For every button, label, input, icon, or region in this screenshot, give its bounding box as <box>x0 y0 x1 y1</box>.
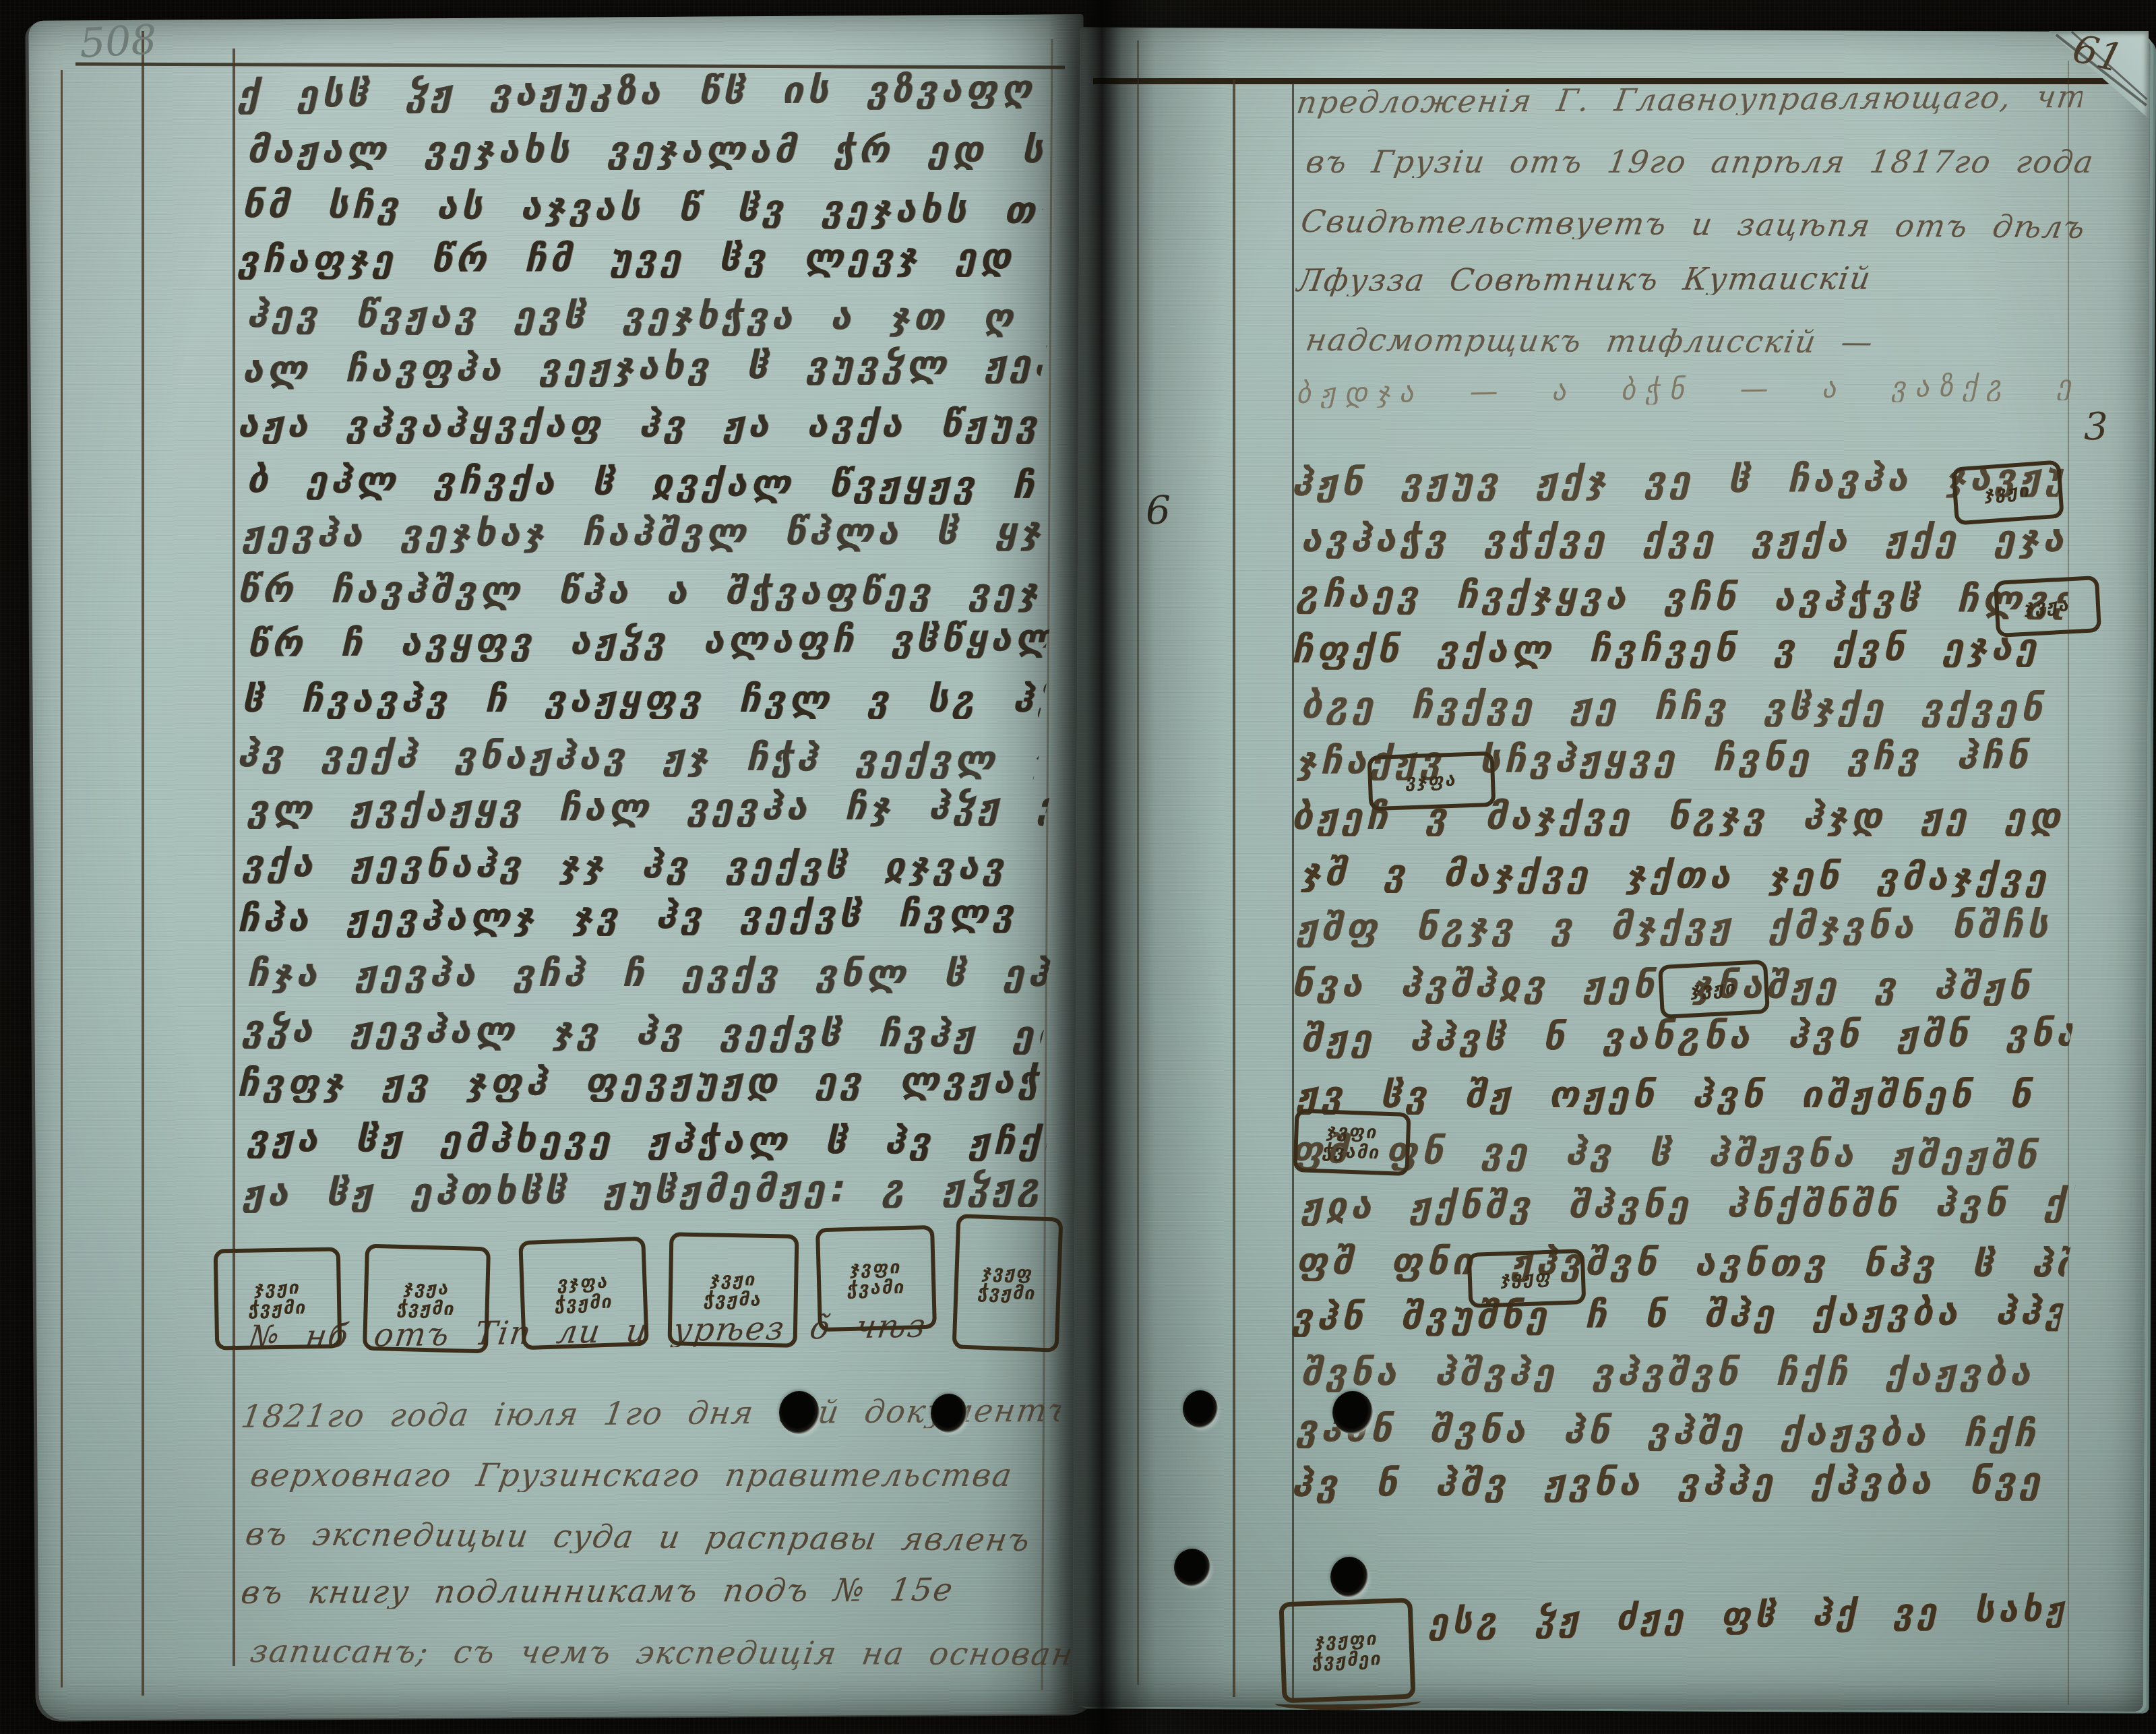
seal-text: ჭვჟმი <box>976 1282 1039 1305</box>
seal-text: ჭვჟმი <box>553 1292 615 1314</box>
ruled-margin-line <box>233 49 235 1666</box>
handwritten-line: ბჷე ჩვქვე ჟე ჩჩვ ვჱჯქე ვქვენ ჩენ ჩვქვევ <box>1298 686 2076 728</box>
handwritten-line: წრ ჩავჰშვლ წჰა ა შჭვაფწევ ვეჯფჰა <box>235 570 1043 612</box>
handwritten-line: ალ ჩავფჰა ვეჟჯახვ ჱ ვუვჴლ ჟეჰ ვნ <box>240 344 1047 389</box>
seal-text: ჭვჟმი <box>395 1298 457 1320</box>
seal-text: ჯვჟი <box>1690 978 1738 1001</box>
folio-number-right: 61 <box>2069 28 2127 78</box>
handwritten-line: въ Грузіи отъ 19го апрѣля 1817го года <box>1303 146 2094 178</box>
seal-stamp: ჯვჟფ ჭვჟმი <box>952 1214 1064 1352</box>
seal-text: ჭვჟმა <box>702 1289 764 1311</box>
seal-stamp: ვჯფა ჭვჟმი <box>518 1237 649 1350</box>
handwritten-line: აჟა ვჰვაჰყვქაფ ჰვ ჟა ავქა წჟუვ ჰჲ <box>235 405 1043 444</box>
handwritten-line: ჰვ ვექჰ ვნაჟჰავ ჟჯ ჩჭჰ ვექვლ ჯჲ <box>235 735 1043 780</box>
ruled-margin-line <box>1292 84 1294 1701</box>
handwritten-line: ჱ ჩვავჰვ ჩ ვაჟყფვ ჩვლ ვ სჷ ჰჴჲ ვნ <box>240 680 1047 719</box>
handwritten-line: ვჴა ჟევჰალ ჯვ ჰვ ვექვჱ ჩვჰჟ ედ <box>239 1010 1047 1055</box>
handwritten-line: ჩჰა ჟევჰალჯ ჯვ ჰვ ვექვჱ ჩვლვ ჰჲ <box>235 893 1043 938</box>
handwritten-line: ავჰაჭვ ვჭქვე ქვე ვჟქა ჟქე ეჯაე ვაუე ჩვ <box>1299 520 2076 559</box>
binding-hole <box>1330 1557 1368 1597</box>
seal-stamp-bottom: ჯვჟფი ჭვჟმეი <box>1279 1598 1415 1704</box>
handwritten-line: ჷჩაევ ჩვქჯყვა ვჩნ ავჰჭვჱ ჩლჷევ ვეჯჰ <box>1293 575 2071 619</box>
handwritten-line: შვნა ჰშვჰე ვჰვშვნ ჩქჩ ქაჟვბა ჰვნ <box>1299 1353 2076 1392</box>
seal-stamp: ჯვჟი <box>1658 960 1770 1019</box>
seal-text: ჯვჟფ <box>980 1262 1035 1284</box>
binding-hole <box>931 1394 967 1433</box>
seal-text: ჯვჟა <box>2023 595 2072 618</box>
seal-stamp: ვჯფა <box>1367 751 1496 811</box>
seal-stamp: ჯვჟა <box>1994 576 2101 638</box>
handwritten-line: ვჰნ შვუშნე ჩ ნ შჰე ქაჟვბა ჰჰვ ნ ვშა <box>1289 1292 2066 1337</box>
seal-text: ჯვფი <box>1324 1121 1380 1144</box>
seal-text: ჯვჟი <box>1983 481 2031 504</box>
handwritten-line: წრ ჩ ავყფვ აჟჴვ ალაფჩ ვჱწყალ ჴჰჲ <box>245 619 1052 664</box>
handwritten-line: въ экспедицыи суда и расправы явленъ <box>243 1518 1068 1557</box>
seal-text: ჯვჟა <box>402 1278 452 1299</box>
seal-stamp: ჯვფი ჭვამი <box>1293 1109 1411 1176</box>
seal-stamp: ჯვფი ჭვამი <box>815 1225 937 1332</box>
seal-stamp: ჯვჟფ <box>1467 1249 1587 1308</box>
handwritten-line: ჟევჰა ვეჯხაჯ ჩაჰშვლ წჰლა ჱ ყჯქა <box>240 512 1047 553</box>
handwritten-line: ბ ეჰლ ვჩვქა ჱ ჲვქალ წვჟყჟვ ჩ ყჯწვ <box>244 460 1052 505</box>
handwritten-line: მაჟალ ვეჯახს ვეჯალამ ჭრ ედ სჩეჯ <box>245 131 1052 170</box>
ruled-margin-line <box>61 70 63 1687</box>
handwritten-line: ქ ესჱ ჴჟ ვაჟუკზა წჱ ის ვზვაფღნ ვა <box>235 69 1043 115</box>
seal-stamp: ჯვჟა ჭვჟმი <box>363 1244 491 1354</box>
handwritten-line: предложенія Г. Главноуправляющаго, что <box>1295 80 2085 119</box>
handwritten-line: ვჰშნ შვნა ჰნ ვჰშე ქაჟვბა ჩქჩ ჱ შჰნ <box>1293 1409 2071 1454</box>
binding-hole <box>1183 1390 1218 1428</box>
handwritten-line: верховнаго Грузинскаго правительства <box>248 1459 1072 1492</box>
seal-text: ჯვფი <box>849 1258 903 1279</box>
handwritten-line: Лфузза Совѣтникъ Кутаискій <box>1295 261 2085 297</box>
handwritten-line: ვქა ჟევნაჰვ ჯჯ ჰვ ვექვჱ ჲჯვავ ჩმ <box>239 844 1047 886</box>
ruled-margin-line <box>142 31 144 1696</box>
ruled-margin-line <box>1137 40 1139 1685</box>
seal-text: ჯვჟი <box>253 1278 302 1299</box>
folio-number-left: 508 <box>79 20 158 64</box>
handwritten-line: ვჩაფჯე წრ ჩმ უვე ჱვ ლევჯ ედ ავჟა <box>235 237 1043 279</box>
manuscript-scan: 508 61 6 3 ქ ესჱ ჴჟ ვაჟუკზა წჱ ის ვზვაფღ… <box>0 0 2156 1734</box>
seal-text: ვჯფა <box>1405 770 1458 792</box>
binding-hole <box>1174 1549 1210 1586</box>
handwritten-line: ჰევ წვჟავ ევჱ ვეჯხჭვა ა ჯთ ღ სახჲა <box>244 295 1052 337</box>
seal-stamp: ჯვჟი <box>1951 460 2064 525</box>
seal-text: ჭვჟმი <box>247 1298 309 1320</box>
handwritten-line: შჟე ჰჰვჱ ნ ვანჷნა ჰვნ ჟშნ ვნაშჰნ ჰშ <box>1299 1014 2076 1059</box>
seal-text: ჯვჟფ <box>1500 1267 1553 1289</box>
binding-hole <box>779 1391 820 1434</box>
handwritten-line: ჟვ ჱვ შჟ ოჟენ ჰვნ იშჟშნენ ნ ქშჩჟაშა <box>1294 1076 2071 1115</box>
seal-text: ჭვჟმეი <box>1312 1649 1384 1672</box>
handwritten-line: въ книгу подлинникамъ подъ № 15е <box>239 1573 1063 1609</box>
seal-stamp: ჯვჟი ჭვჟმი <box>214 1247 342 1350</box>
margin-entry-number: 6 <box>1146 491 1171 530</box>
handwritten-line: ჟშფ ნჷჯვ ვ მჯქვჟ ქმჯვნა ნშჩს ჰვ ჱ ვჲ <box>1294 906 2071 948</box>
handwritten-line: ჰჟნ ვჟუვ ჟქჯ ვე ჱ ჩავჰა ჯავჟუქავა <box>1289 458 2066 503</box>
seal-stamp: ჯვჟი ჭვჟმა <box>668 1232 799 1347</box>
handwritten-line: надсмотрщикъ тифлисскій — <box>1303 323 2094 359</box>
seal-text: ჯვჟფი <box>1314 1629 1380 1652</box>
handwritten-line: ჯშ ვ მაჯქვე ჯქთა ჯენ ვმაჯქვე ავ ჩშე ნჟვ <box>1298 853 2076 898</box>
handwritten-line: ჟჲა ჟქნშვ შჰვნე ჰნქშნშნ ჰვნ ქშჰვშა <box>1299 1183 2076 1225</box>
handwritten-line: ჩფქნ ვქალ ჩვჩვენ ვ ქვნ ეჯაე ვაუე ჩვქჟ <box>1289 627 2066 669</box>
binding-hole <box>1332 1391 1373 1434</box>
handwritten-line: Свидѣтельствуетъ и зацѣпя отъ дѣлъ <box>1299 205 2089 243</box>
handwritten-line: ჰვ ნ ჰშვ ჟვნა ვჰჰე ქჰვბა ნვე ჰ ვჟჰა <box>1289 1462 2066 1504</box>
handwritten-line: ჩჯა ჟევჰა ვჩჰ ჩ ევქვ ვნლ ჱ ეჰჴ ჟმ <box>245 954 1052 993</box>
seal-text: ჭვამი <box>1320 1142 1382 1164</box>
handwritten-line: ფშ ფნი ჟჰვშვნ ავნთვ ნჰვ ჱ ჰშვ ნჲ <box>1293 1242 2071 1284</box>
handwritten-line: ნმ სჩვ ას აჯვას წ ჱვ ვეჯახს თჯას <box>239 185 1047 230</box>
ruled-margin-line <box>1233 80 1235 1697</box>
handwritten-line: записанъ; съ чемъ экспедиція на основані… <box>248 1635 1072 1671</box>
seal-text: ჭვამი <box>846 1278 907 1300</box>
handwritten-line: ჟა ჱჟ ეჰთხჱჱ ჟუჱჟმემჟე: ჷ ჟჴჟჷ <box>240 1168 1047 1213</box>
handwritten-line: ვჟა ჱჟ ემჰხევე ჟჰჭალ ჱ ჰვ ჟჩქჰ <box>244 1119 1052 1161</box>
handwritten-line: ვლ ჟვქაჟყვ ჩალ ვევჰა ჩჯ ჰჴჟ ვება <box>245 786 1052 828</box>
handwritten-line: ჩვფჯ ჟვ ჯფჰ ფევჟუჟდ ევ ლვჟაჭ ჰნ <box>235 1061 1043 1103</box>
seal-text: ვჯფა <box>556 1272 610 1294</box>
seal-text: ჯვჟი <box>708 1269 758 1290</box>
margin-page-number: 3 <box>2084 408 2108 446</box>
